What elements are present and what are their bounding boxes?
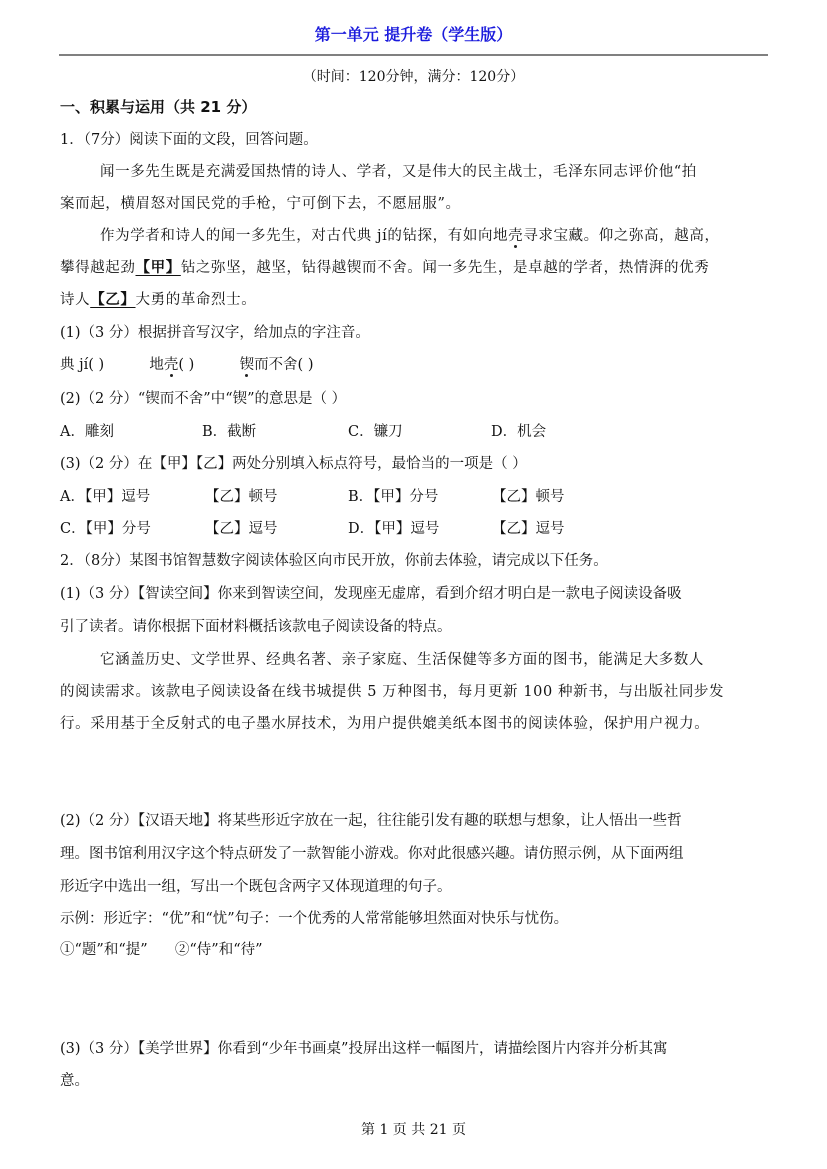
option-a-jia: A．【甲】逗号 [60,487,150,507]
subquestion-2-3-line-2: 意。 [60,1071,89,1091]
passage-paragraph-1-line-2: 案而起，横眉怒对国民党的手枪，宁可倒下去，不愿屈服”。 [60,194,461,214]
option-d: D．机会 [491,422,546,442]
passage-text: 作为学者和诗人的闻一多先生，对古代典 jí的钻探，有如向地 [100,228,508,244]
subquestion-1-2-stem: (2)（2 分）“锲而不舍”中“锲”的意思是（ ） [60,389,346,409]
option-c-jia: C．【甲】分号 [60,519,151,539]
material-line-2: 的阅读需求。该款电子阅读设备在线书城提供 5 万种图书，每月更新 100 种新书… [60,682,724,702]
character-choices: ①“题”和“提” ②“侍”和“待” [60,940,263,960]
example-sentence: 示例：形近字：“优”和“忧”句子：一个优秀的人常常能够坦然面对快乐与忧伤。 [60,909,568,929]
passage-paragraph-1-line-1: 闻一多先生既是充满爱国热情的诗人、学者，又是伟大的民主战士，毛泽东同志评价他“拍 [100,162,697,182]
pinyin-item-1: 典 jí( ) [60,357,104,373]
document-page: 第一单元 提升卷（学生版） （时间：120分钟，满分：120分） 一、积累与运用… [0,0,827,1169]
question-2-stem: 2．（8分）某图书馆智慧数字阅读体验区向市民开放，你前去体验，请完成以下任务。 [60,551,608,571]
option-b-jia: B．【甲】分号 [348,487,438,507]
option-d-jia: D．【甲】逗号 [348,519,439,539]
section-heading: 一、积累与运用（共 21 分） [60,97,256,117]
header-divider [59,54,768,56]
exam-time-score: （时间：120分钟，满分：120分） [0,66,827,86]
option-c: C．镰刀 [348,422,403,442]
passage-text: 大勇的革命烈士。 [136,292,257,308]
subquestion-2-1-line-1: (1)（3 分）【智读空间】你来到智读空间，发现座无虚席，看到介绍才明白是一款电… [60,584,682,604]
subquestion-1-1-items: 典 jí( ) 地壳( ) 锲而不舍( ) [60,355,314,375]
passage-text: 寻求宝藏。仰之弥高，越高， [523,228,719,244]
pinyin-item-3: 锲而不舍( ) [240,357,314,373]
subquestion-1-3-stem: (3)（2 分）在【甲】【乙】两处分别填入标点符号，最恰当的一项是（ ） [60,454,527,474]
subquestion-2-2-line-3: 形近字中选出一组，写出一个既包含两字又体现道理的句子。 [60,877,452,897]
dotted-character: 壳 [508,228,523,244]
page-number: 第 1 页 共 21 页 [0,1119,827,1139]
subquestion-2-2-line-1: (2)（2 分）【汉语天地】将某些形近字放在一起，往往能引发有趣的联想与想象，让… [60,811,682,831]
pinyin-item-2: 地壳( ) [149,357,194,373]
passage-text: 诗人 [60,292,90,308]
document-title: 第一单元 提升卷（学生版） [0,22,827,45]
question-1-stem: 1．（7分）阅读下面的文段，回答问题。 [60,130,318,150]
option-d-yi: 【乙】逗号 [492,519,565,539]
option-b-yi: 【乙】顿号 [492,487,565,507]
subquestion-2-3-line-1: (3)（3 分）【美学世界】你看到“少年书画桌”投屏出这样一幅图片，请描绘图片内… [60,1039,667,1059]
passage-paragraph-2-line-3: 诗人【乙】大勇的革命烈士。 [60,290,256,310]
material-line-1: 它涵盖历史、文学世界、经典名著、亲子家庭、生活保健等多方面的图书，能满足大多数人 [100,650,704,670]
choice-2: ②“侍”和“待” [175,942,263,958]
option-a: A．雕刻 [60,422,114,442]
passage-text: 攀得越起劲 [60,260,136,276]
subquestion-2-1-line-2: 引了读者。请你根据下面材料概括该款电子阅读设备的特点。 [60,617,452,637]
subquestion-1-1-stem: (1)（3 分）根据拼音写汉字，给加点的字注音。 [60,323,370,343]
choice-1: ①“题”和“提” [60,942,148,958]
passage-paragraph-2-line-2: 攀得越起劲【甲】钻之弥坚，越坚，钻得越锲而不舍。闻一多先生，是卓越的学者，热情湃… [60,258,709,278]
option-b: B．截断 [202,422,256,442]
material-line-3: 行。采用基于全反射式的电子墨水屏技术，为用户提供媲美纸本图书的阅读体验，保护用户… [60,714,709,734]
option-a-yi: 【乙】顿号 [205,487,278,507]
option-c-yi: 【乙】逗号 [205,519,278,539]
subquestion-2-2-line-2: 理。图书馆利用汉字这个特点研发了一款智能小游戏。你对此很感兴趣。请仿照示例，从下… [60,844,684,864]
passage-paragraph-2-line-1: 作为学者和诗人的闻一多先生，对古代典 jí的钻探，有如向地壳寻求宝藏。仰之弥高，… [100,226,720,246]
blank-jia: 【甲】 [136,259,181,276]
passage-text: 钻之弥坚，越坚，钻得越锲而不舍。闻一多先生，是卓越的学者，热情湃的优秀 [181,260,710,276]
blank-yi: 【乙】 [90,291,135,308]
